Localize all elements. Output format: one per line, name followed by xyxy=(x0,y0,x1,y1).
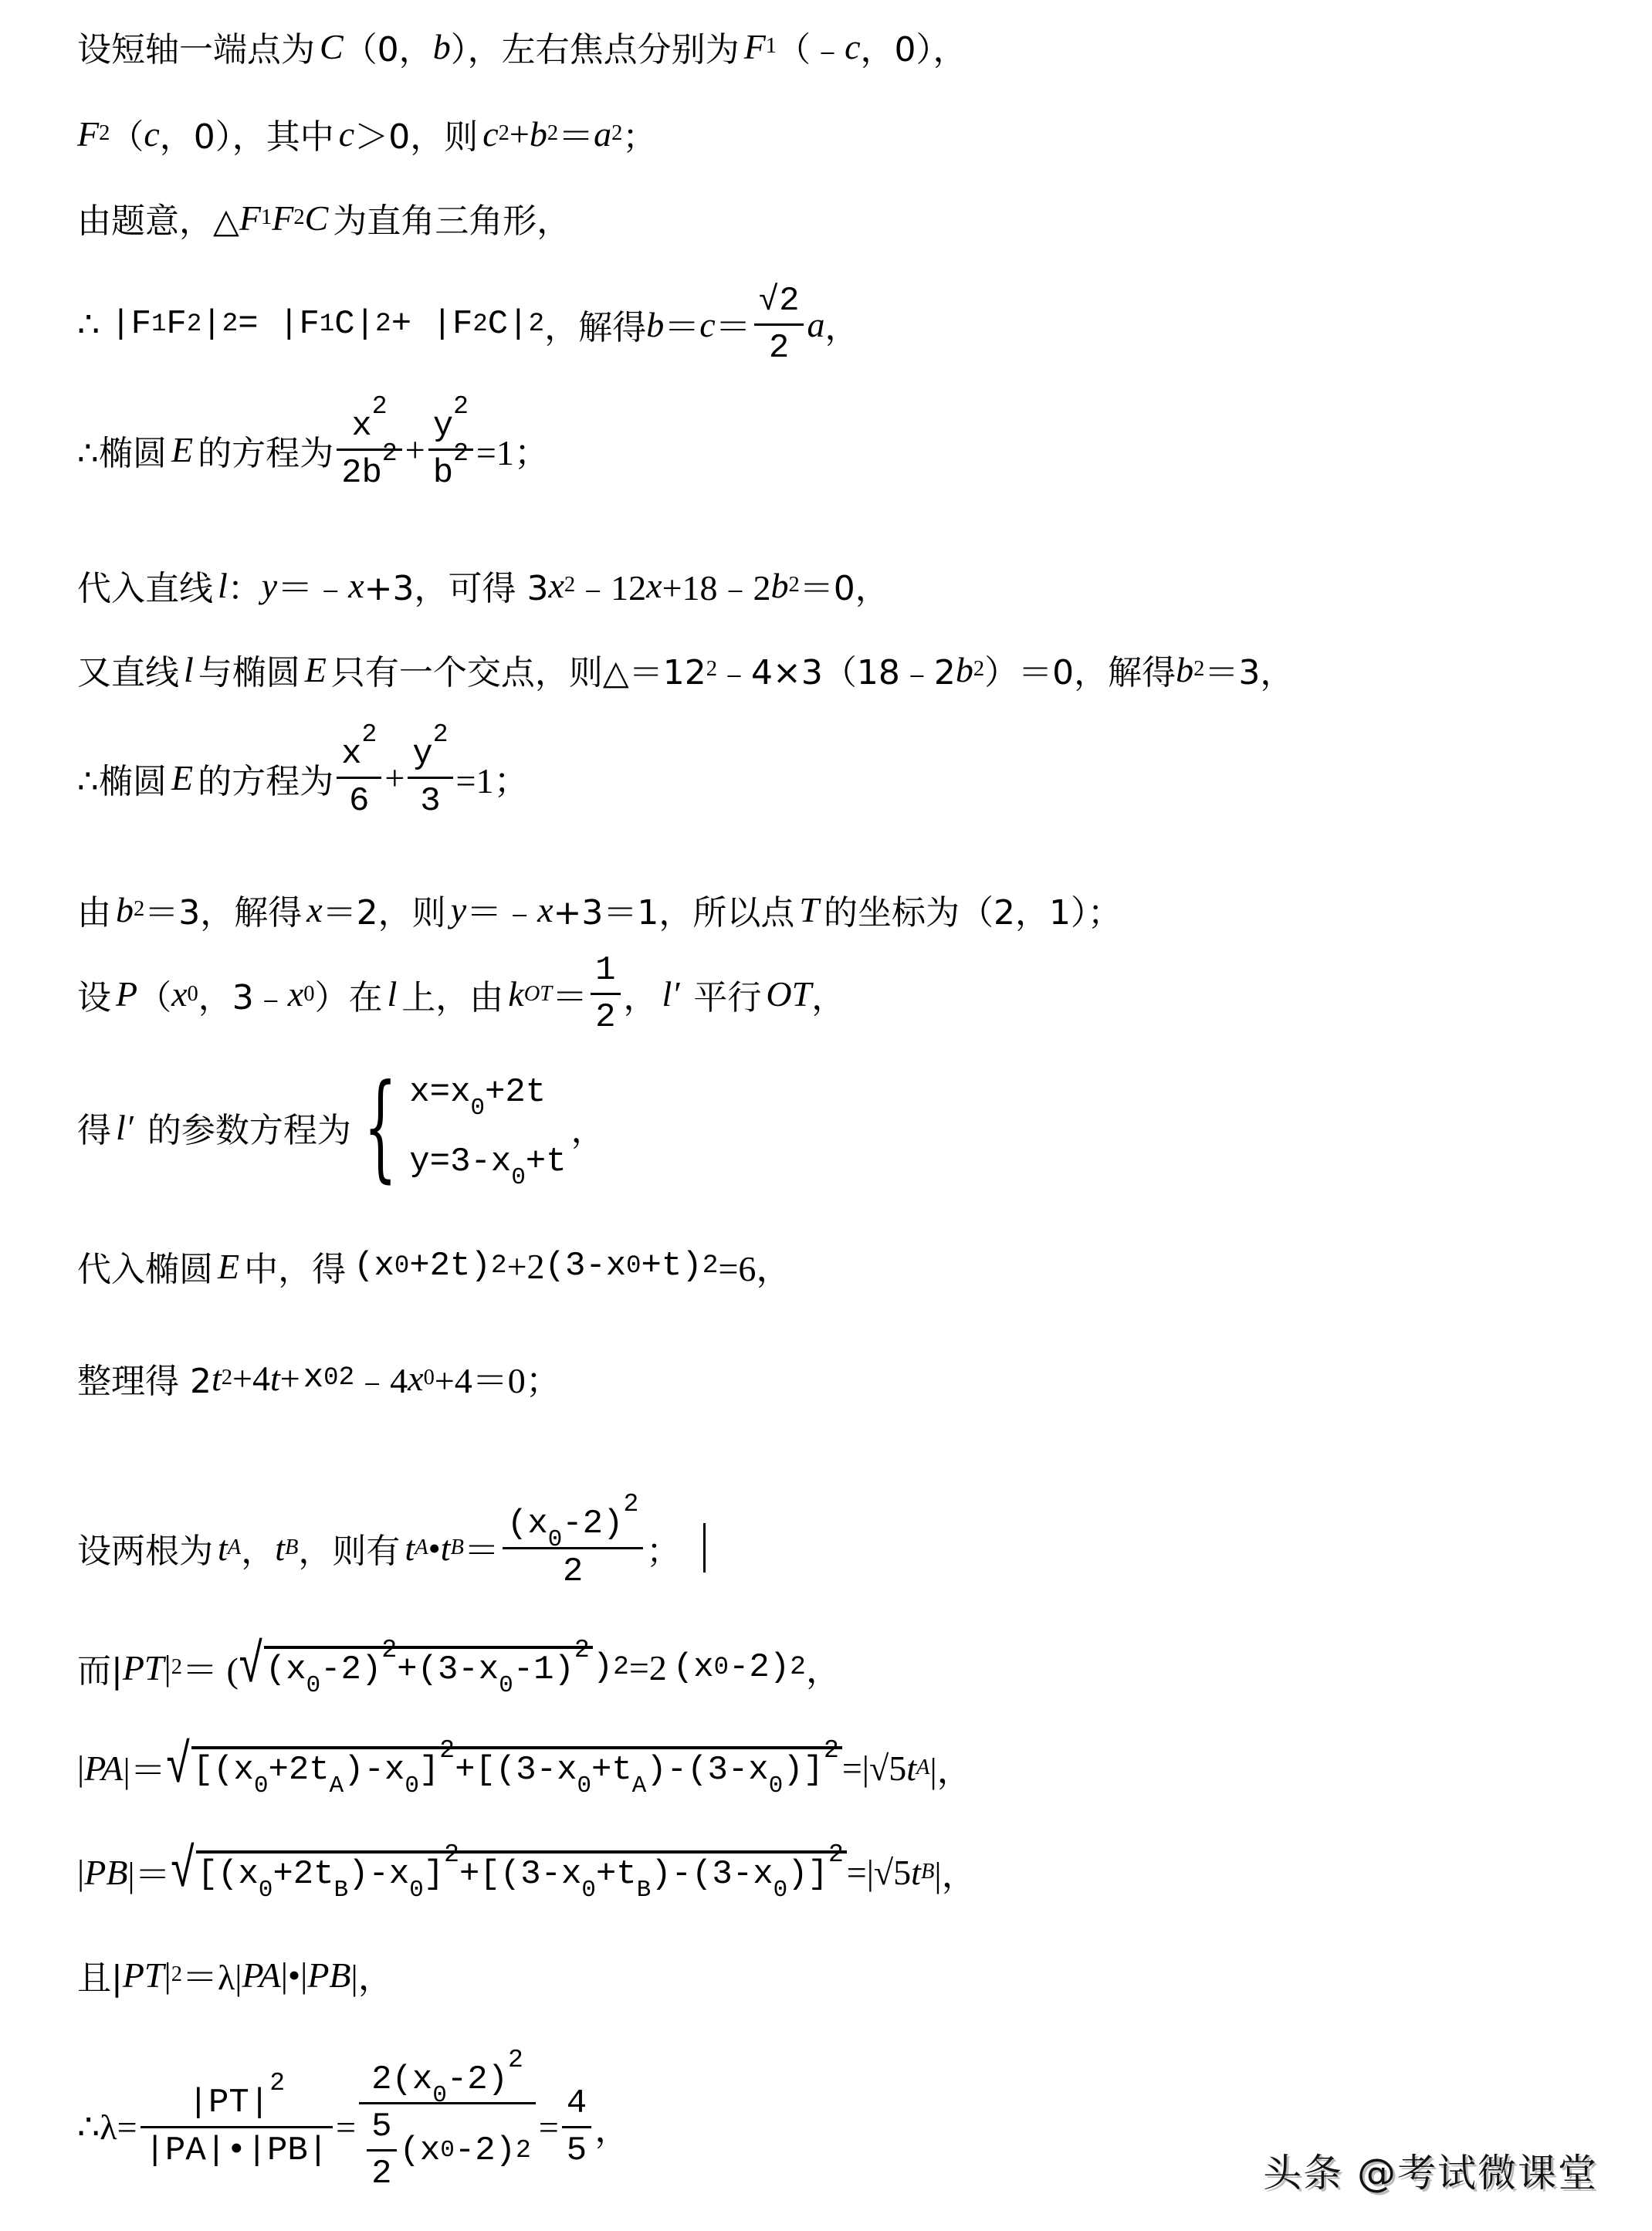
op: + xyxy=(509,113,530,154)
expr: (x xyxy=(400,2131,441,2170)
subscript: A xyxy=(330,1772,344,1799)
subscript: 0 xyxy=(581,1877,595,1904)
op: +4 xyxy=(232,1358,270,1399)
superscript: 2 xyxy=(623,1490,638,1518)
var-t: t xyxy=(441,1528,451,1569)
text: =6， xyxy=(718,1241,791,1292)
text: ， xyxy=(594,2101,630,2152)
expr: [(x xyxy=(193,1751,254,1789)
fraction-sqrt2-over-2: √2 2 xyxy=(754,282,804,367)
text: ： xyxy=(228,560,262,610)
var-x: x xyxy=(408,1358,423,1399)
expr: )-x xyxy=(344,1751,405,1789)
subscript: B xyxy=(637,1877,651,1904)
denominator: 2 xyxy=(591,995,620,1037)
text-cursor xyxy=(703,1523,706,1573)
text: ， xyxy=(806,1642,841,1693)
expr: +t xyxy=(526,1143,567,1181)
text: ＝0， xyxy=(800,560,889,610)
var-PB: PB xyxy=(84,1852,127,1893)
expr: 2(x xyxy=(371,2060,432,2099)
text: =1； xyxy=(456,753,530,804)
var-c: c xyxy=(339,113,354,154)
text: |， xyxy=(351,1949,394,2000)
subscript: 0 xyxy=(511,1164,525,1191)
subscript: 0 xyxy=(405,1772,418,1799)
fraction-x2-over-2b2: x2 2b2 xyxy=(337,407,402,493)
subscript: 0 xyxy=(577,1772,591,1799)
text: （0， xyxy=(344,22,433,71)
text: 上，由 xyxy=(401,970,503,1019)
text: 由题意，△ xyxy=(77,193,239,242)
var-PA: PA xyxy=(242,1955,281,1996)
expr: -2) xyxy=(447,2060,508,2099)
line-14: 设两根为 tA ， tB ，则有 tA • tB ＝ (x0-2)2 2 ； xyxy=(77,1486,706,1610)
line-9: 由 b2 ＝3，解得 x ＝2，则 y ＝﹣ x +3＝1，所以点 T 的坐标为… xyxy=(77,884,1122,935)
var-x: x xyxy=(306,889,322,930)
var-l: l xyxy=(387,973,397,1014)
expr: (x xyxy=(266,1650,306,1689)
text: ，解得 xyxy=(544,300,646,349)
denominator: 3 xyxy=(415,779,445,821)
expr: +2t) xyxy=(409,1247,491,1285)
text: ＝3，解得 xyxy=(144,885,302,934)
denominator: 2 xyxy=(367,2151,396,2193)
superscript: 2 xyxy=(439,1736,455,1765)
text: ，0）， xyxy=(860,22,966,71)
expr: | xyxy=(201,305,222,344)
expr: ) xyxy=(593,1648,613,1687)
denominator: 2 xyxy=(558,1549,587,1591)
expr: +2 xyxy=(507,1246,545,1287)
var-l-prime: l′ xyxy=(116,1107,134,1148)
line-13: 整理得 2 t2 +4 t + x02 ﹣4 x0 +4＝0； xyxy=(77,1347,561,1409)
var-b: b xyxy=(1176,649,1193,690)
op: ＝ ( xyxy=(182,1642,239,1693)
op: +18﹣2 xyxy=(662,560,771,611)
op: =| xyxy=(847,1852,874,1893)
expr: +t xyxy=(591,1751,632,1789)
fraction-y2-over-3: y2 3 xyxy=(408,735,452,821)
text: ﹣4×3（18﹣2 xyxy=(717,645,956,694)
superscript: 2 xyxy=(824,1736,839,1765)
line-10: 设 P （ x0 ，3﹣ x0 ）在 l 上，由 kOT ＝ 1 2 ， l′ … xyxy=(77,942,845,1046)
expr: F xyxy=(166,305,186,344)
numerator: y xyxy=(412,735,432,774)
denominator: 5 xyxy=(562,2128,591,2170)
var-E: E xyxy=(305,649,327,690)
var-OT: OT xyxy=(766,973,811,1014)
text: ， xyxy=(241,1523,275,1573)
var-C: C xyxy=(305,198,329,239)
text: |， xyxy=(934,1847,977,1898)
sqrt5: √5 xyxy=(874,1852,911,1893)
op: |＝ xyxy=(127,1847,170,1898)
var-PT: PT xyxy=(123,1955,164,1996)
text: ，则有 xyxy=(298,1523,400,1573)
parametric-system: x=x0+2t y=3-x0+t xyxy=(409,1073,566,1181)
op: ＝﹣ xyxy=(277,560,348,611)
text: （ xyxy=(137,970,171,1019)
line-19: ∴λ= |PT|2 |PA|•|PB| = 2(x0-2)2 5 2 (x0-2… xyxy=(77,2038,630,2216)
var-c: c xyxy=(699,304,715,345)
expr: =2 xyxy=(629,1647,667,1688)
expr: +[(3-x xyxy=(455,1751,577,1789)
var-PT: PT xyxy=(123,1647,164,1688)
text: ， xyxy=(571,1102,605,1152)
var-b: b xyxy=(956,649,973,690)
text: 的方程为 xyxy=(198,753,333,803)
numerator: x xyxy=(341,735,361,774)
text: ， xyxy=(624,970,658,1019)
numerator: |PT| xyxy=(188,2084,270,2123)
var-y: y xyxy=(262,565,277,606)
line-1: 设短轴一端点为 C （0， b ），左右焦点分别为 F1 （﹣ c ，0）， xyxy=(77,22,966,71)
var-l-prime: l′ xyxy=(662,973,680,1014)
denominator: |PA|•|PB| xyxy=(140,2128,333,2170)
text: ； xyxy=(622,109,656,158)
expr: = |F xyxy=(238,305,320,344)
var-c: c xyxy=(845,26,860,67)
text: 的参数方程为 xyxy=(147,1102,351,1152)
text: |， xyxy=(929,1742,972,1793)
op: ＝ xyxy=(664,299,699,350)
superscript: 2 xyxy=(828,1840,844,1869)
var-t: t xyxy=(405,1528,415,1569)
line-18: 且|PT|2 ＝λ|PA|•|PB|， xyxy=(77,1949,394,2000)
var-x: x xyxy=(548,565,564,606)
subscript: 0 xyxy=(769,1772,783,1799)
text: 只有一个交点，则△＝12 xyxy=(331,645,706,694)
text: 设 xyxy=(77,970,111,1019)
var-E: E xyxy=(171,429,193,470)
sqrt-icon: √ xyxy=(166,1740,191,1796)
expr: +[(3-x xyxy=(459,1855,581,1894)
text: ＞0，则 xyxy=(354,109,478,158)
numerator: x xyxy=(351,407,371,445)
expr: ] xyxy=(419,1751,439,1789)
expr: -2) xyxy=(562,1505,623,1544)
expr: -2) xyxy=(729,1648,790,1687)
numerator: y xyxy=(433,407,453,445)
left-brace-icon: { xyxy=(364,1069,397,1185)
line-5: ∴椭圆 E 的方程为 x2 2b2 + y2 b2 =1； xyxy=(77,382,550,517)
var-y: y xyxy=(451,889,466,930)
op: ＝ xyxy=(464,1522,499,1573)
subscript: 0 xyxy=(499,1672,513,1699)
var-PA: PA xyxy=(84,1748,123,1789)
line-8: ∴椭圆 E 的方程为 x2 6 + y2 3 =1； xyxy=(77,718,529,838)
fraction-x2-over-6: x2 6 xyxy=(337,735,381,821)
denominator: 2 xyxy=(764,326,794,367)
text: ）在 xyxy=(314,970,382,1019)
expr: -2) xyxy=(455,2131,516,2170)
subscript: 0 xyxy=(471,1095,485,1122)
numerator: 4 xyxy=(562,2084,591,2126)
superscript: 2 xyxy=(362,720,377,749)
line-17: |PB|＝ √ [(x0+2tB)-x0]2+[(3-x0+tB)-(3-x0)… xyxy=(77,1833,977,1911)
expr: +2t xyxy=(268,1751,329,1789)
text: 与椭圆 xyxy=(198,645,300,694)
text: =1； xyxy=(476,425,550,476)
lambda-expr: ∴λ= xyxy=(77,2106,137,2148)
sqrt-icon: √ xyxy=(171,1844,196,1901)
fraction-4-over-5: 4 5 xyxy=(562,2084,591,2170)
expr: x=x xyxy=(409,1073,470,1112)
var-x: x xyxy=(171,973,187,1014)
text: ＝3， xyxy=(1204,645,1294,694)
var-l: l xyxy=(218,565,228,606)
text: 且| xyxy=(77,1950,123,1999)
expr: +(3-x xyxy=(397,1650,499,1689)
text: 中，得 xyxy=(244,1241,346,1291)
text: 代入椭圆 xyxy=(77,1241,213,1291)
text: ∴椭圆 xyxy=(77,425,167,475)
op: | xyxy=(164,1955,171,1996)
text: 整理得 2 xyxy=(77,1353,212,1403)
var-E: E xyxy=(218,1246,239,1287)
line-16: |PA|＝ √ [(x0+2tA)-x0]2+[(3-x0+tA)-(3-x0)… xyxy=(77,1729,973,1806)
text: ，3﹣ xyxy=(198,970,288,1019)
var-E: E xyxy=(171,757,193,798)
expr: (3-x xyxy=(545,1247,627,1285)
line-15: 而|PT|2 ＝ ( √ (x0-2)2+(3-x0-1)2 )2 =2 (x0… xyxy=(77,1629,841,1706)
superscript: 2 xyxy=(453,439,469,468)
line-11: 得 l′ 的参数方程为 { x=x0+2t y=3-x0+t ， xyxy=(77,1061,605,1193)
var-t: t xyxy=(270,1358,280,1399)
var-F: F xyxy=(272,198,293,239)
var-t: t xyxy=(212,1358,222,1399)
op: ﹣4 xyxy=(354,1352,408,1403)
expr: C| xyxy=(488,305,529,344)
op: |•| xyxy=(281,1955,308,1996)
superscript: 2 xyxy=(433,720,449,749)
expr: +t xyxy=(596,1855,637,1894)
text: 设两根为 xyxy=(77,1523,213,1573)
text: 而| xyxy=(77,1643,123,1692)
var-b: b xyxy=(116,889,134,930)
expr: C| xyxy=(334,305,375,344)
text: 又直线 xyxy=(77,645,179,694)
expr: )-x xyxy=(348,1855,409,1894)
op: ＝ xyxy=(716,299,751,350)
superscript: 2 xyxy=(453,392,469,421)
line-2: F2 （ c ，0），其中 c ＞0，则 c2 + b2 ＝ a2 ； xyxy=(77,108,656,159)
expr: +2t xyxy=(273,1855,333,1894)
line-3: 由题意，△ F1 F2 C 为直角三角形， xyxy=(77,193,570,242)
superscript: 2 xyxy=(382,439,398,468)
var-t: t xyxy=(218,1528,228,1569)
var-b: b xyxy=(646,304,664,345)
text: ＝2，则 xyxy=(323,885,446,934)
expr: (x xyxy=(673,1648,714,1687)
var-x: x xyxy=(303,1359,323,1397)
expr: +2t xyxy=(485,1073,546,1112)
expr: [(x xyxy=(198,1855,259,1894)
op: | xyxy=(77,1852,84,1893)
var-P: P xyxy=(116,973,137,1014)
op: ﹣12 xyxy=(575,560,646,611)
fraction-1-over-2: 1 2 xyxy=(591,951,620,1037)
sqrt-icon: √ xyxy=(239,1640,264,1696)
superscript: 2 xyxy=(372,392,388,421)
text: ，0），其中 xyxy=(160,109,334,158)
var-PB: PB xyxy=(307,1955,350,1996)
numerator: 1 xyxy=(591,951,620,993)
var-k: k xyxy=(508,973,523,1014)
line-6: 代入直线 l ： y ＝﹣ x +3，可得 3 x2 ﹣12 x +18﹣2 b… xyxy=(77,560,889,611)
equation-y: y=3-x0+t xyxy=(409,1143,566,1181)
fraction-product-roots: (x0-2)2 2 xyxy=(503,1505,643,1590)
expr: ] xyxy=(424,1855,444,1894)
text: （﹣ xyxy=(777,22,845,71)
op: =| xyxy=(842,1748,869,1789)
op: ＝ xyxy=(552,969,587,1020)
superscript: 2 xyxy=(444,1840,459,1869)
text: 的坐标为（2，1）； xyxy=(824,885,1122,934)
text: 得 xyxy=(77,1102,111,1152)
sqrt-expression: √ [(x0+2tB)-x0]2+[(3-x0+tB)-(3-x0)]2 xyxy=(171,1850,847,1894)
text: 由 xyxy=(77,885,111,934)
text: 为直角三角形， xyxy=(333,193,570,242)
subscript: 0 xyxy=(409,1877,423,1904)
superscript: 2 xyxy=(269,2069,285,2097)
op: = xyxy=(539,2107,559,2148)
text: （ xyxy=(110,109,144,158)
text: ， xyxy=(824,300,858,349)
fraction-simplified: 2(x0-2)2 5 2 (x0-2)2 xyxy=(359,2060,536,2193)
expr: + |F xyxy=(391,305,473,344)
expr: (x xyxy=(354,1247,394,1285)
denominator: b xyxy=(433,454,453,493)
expr: +t) xyxy=(642,1247,702,1285)
var-b: b xyxy=(530,113,547,154)
text: 平行 xyxy=(693,970,761,1019)
expr: )] xyxy=(787,1855,828,1894)
op: ＝λ| xyxy=(182,1949,242,2000)
denominator: 2b xyxy=(341,454,382,493)
var-T: T xyxy=(799,889,819,930)
subscript: 0 xyxy=(254,1772,268,1799)
op: | xyxy=(77,1748,84,1789)
var-F: F xyxy=(239,198,261,239)
superscript: 2 xyxy=(381,1636,397,1664)
var-c: c xyxy=(144,113,159,154)
text: ； xyxy=(646,1523,680,1573)
expr: |F xyxy=(110,305,151,344)
text: 的方程为 xyxy=(198,425,333,475)
numerator: 5 xyxy=(367,2107,396,2149)
op: • xyxy=(428,1528,441,1569)
text: +4＝0； xyxy=(435,1352,561,1403)
line-7: 又直线 l 与椭圆 E 只有一个交点，则△＝122 ﹣4×3（18﹣2 b2 ）… xyxy=(77,645,1294,694)
var-l: l xyxy=(184,649,194,690)
op: ＝ xyxy=(558,108,594,159)
var-x: x xyxy=(537,889,553,930)
text: +3＝1，所以点 xyxy=(553,885,795,934)
var-C: C xyxy=(320,26,344,67)
var-t: t xyxy=(275,1528,285,1569)
var-c: c xyxy=(482,113,498,154)
text: ）＝0，解得 xyxy=(984,645,1176,694)
text: ），左右焦点分别为 xyxy=(451,22,740,71)
expr: -1) xyxy=(513,1650,574,1689)
text: ， xyxy=(811,970,845,1019)
expr: y=3-x xyxy=(409,1143,511,1181)
line-12: 代入椭圆 E 中，得 (x0+2t)2 +2 (3-x0+t)2 =6， xyxy=(77,1235,791,1297)
superscript: 2 xyxy=(574,1636,590,1664)
numerator: √2 xyxy=(754,282,804,323)
op: + xyxy=(384,757,405,798)
subscript: 0 xyxy=(774,1877,787,1904)
var-x: x xyxy=(646,565,662,606)
text: +3，可得 3 xyxy=(364,560,549,610)
sqrt-expression: √ (x0-2)2+(3-x0-1)2 xyxy=(239,1646,593,1689)
var-x: x xyxy=(288,973,303,1014)
var-b: b xyxy=(433,26,451,67)
op: = xyxy=(336,2107,356,2148)
denominator: 6 xyxy=(344,779,374,821)
var-b: b xyxy=(771,565,789,606)
var-F: F xyxy=(77,113,99,154)
therefore-symbol: ∴ xyxy=(77,303,100,345)
line-4: ∴ |F1 F2 |2 = |F1 C|2 + |F2 C|2 ，解得 b ＝ … xyxy=(77,266,858,382)
fraction-pt2-over-pa-pb: |PT|2 |PA|•|PB| xyxy=(140,2084,333,2169)
equation-x: x=x0+2t xyxy=(409,1073,566,1112)
subscript: A xyxy=(632,1772,646,1799)
expr: (x xyxy=(507,1505,548,1544)
text: 代入直线 xyxy=(77,560,213,610)
op: ＝﹣ xyxy=(466,884,537,935)
expr: )] xyxy=(783,1751,824,1789)
sqrt5: √5 xyxy=(869,1748,906,1789)
var-x: x xyxy=(348,565,364,606)
subscript: 0 xyxy=(259,1877,273,1904)
op: |＝ xyxy=(124,1742,166,1793)
subscript: 0 xyxy=(306,1672,320,1699)
var-t: t xyxy=(906,1748,916,1789)
text: ∴椭圆 xyxy=(77,753,167,803)
text: 设短轴一端点为 xyxy=(77,22,315,71)
op: | xyxy=(164,1647,171,1688)
var-a: a xyxy=(594,113,611,154)
sqrt-expression: √ [(x0+2tA)-x0]2+[(3-x0+tA)-(3-x0)]2 xyxy=(166,1746,842,1789)
subscript: B xyxy=(334,1877,348,1904)
var-t: t xyxy=(911,1852,921,1893)
op: + xyxy=(405,429,425,470)
expr: )-(3-x xyxy=(651,1855,773,1894)
var-F: F xyxy=(744,26,766,67)
op: + xyxy=(280,1358,300,1399)
fraction-5-over-2: 5 2 xyxy=(367,2107,396,2193)
expr: )-(3-x xyxy=(646,1751,768,1789)
fraction-y2-over-b2: y2 b2 xyxy=(428,407,473,493)
var-a: a xyxy=(807,304,824,345)
watermark: 头条 @考试微课堂 xyxy=(1263,2142,1598,2198)
expr: -2) xyxy=(320,1650,381,1689)
superscript: 2 xyxy=(508,2046,523,2074)
